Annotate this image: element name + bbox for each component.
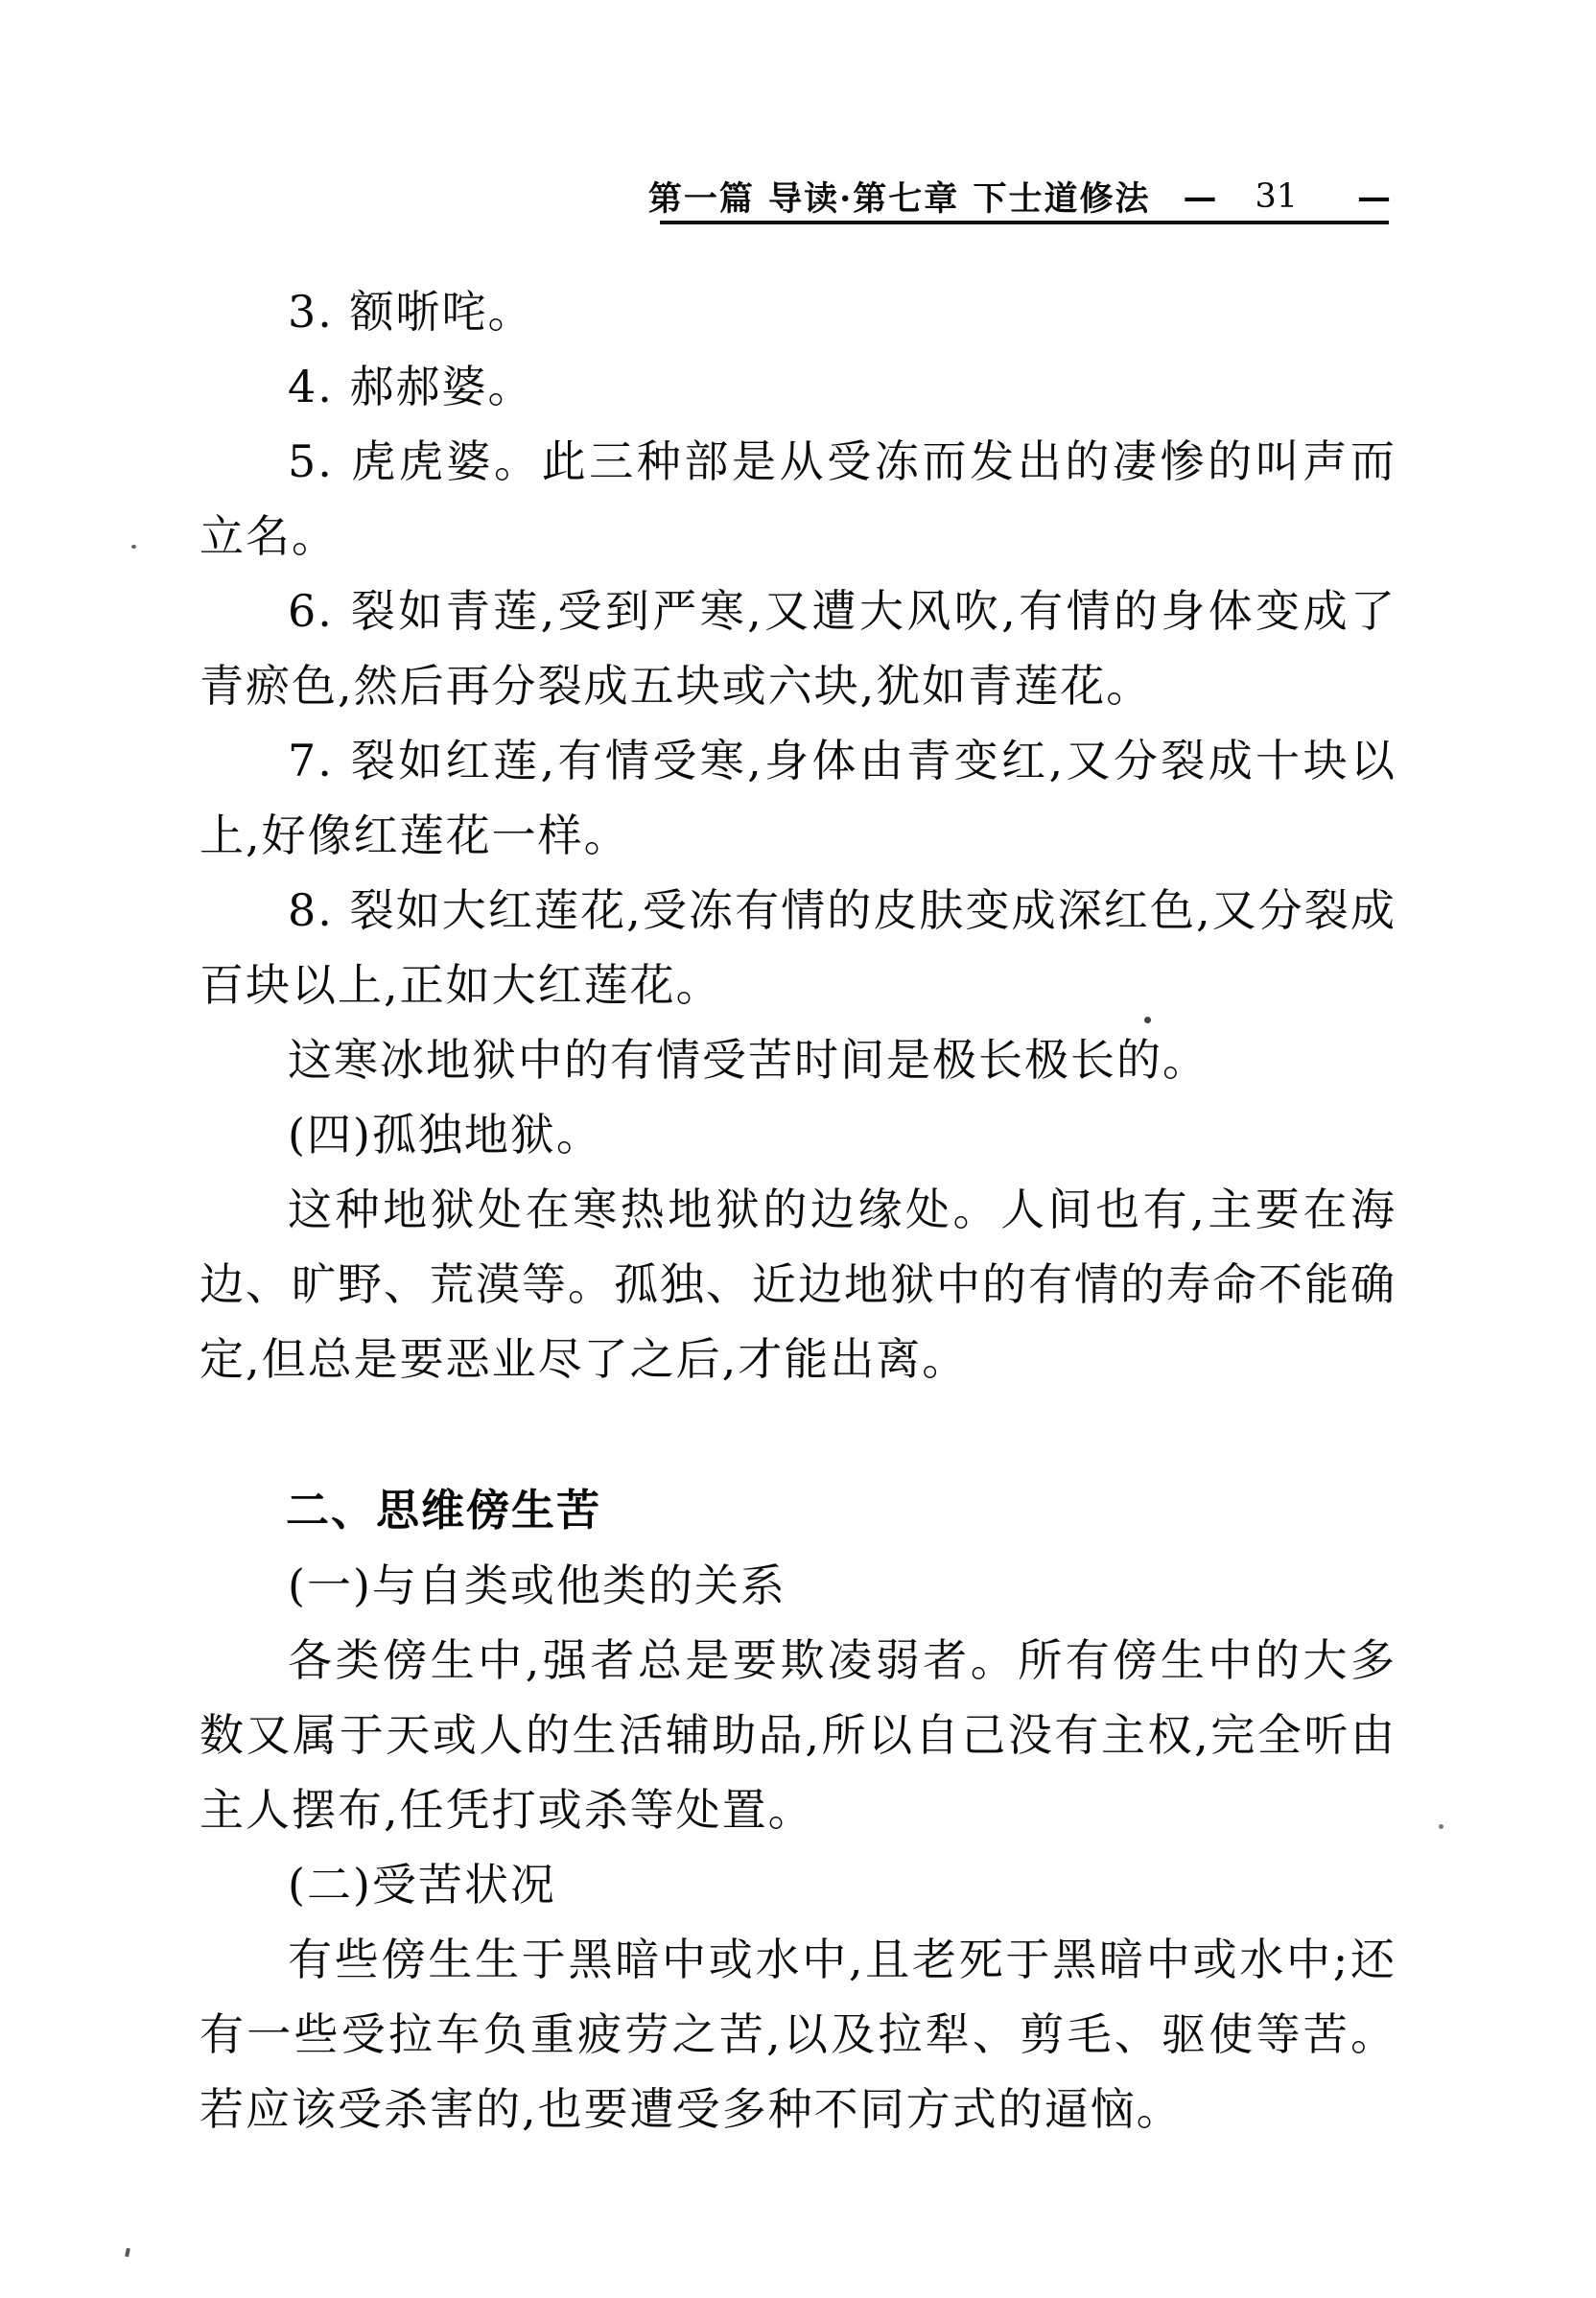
paragraph-cold-hell: 这寒冰地狱中的有情受苦时间是极长极长的。: [199, 1022, 1396, 1097]
list-item-7: 7. 裂如红莲,有情受寒,身体由青变红,又分裂成十块以上,好像红莲花一样。: [199, 723, 1396, 873]
header-rule: [660, 221, 1389, 224]
list-item-4: 4. 郝郝婆。: [199, 349, 1396, 424]
scan-speck: [1144, 1017, 1151, 1023]
scan-speck: [1439, 1824, 1443, 1829]
page-number-dash-right: —: [1357, 177, 1393, 217]
paragraph-solitary-hell-title: (四)孤独地狱。: [199, 1097, 1396, 1172]
running-header: 第一篇 导读·第七章 下士道修法 — 31 —: [648, 173, 1393, 221]
subheading-relations: (一)与自类或他类的关系: [199, 1548, 1396, 1623]
scanned-book-page: 第一篇 导读·第七章 下士道修法 — 31 — 3. 额哳咤。 4. 郝郝婆。 …: [0, 0, 1596, 2298]
page-number: 31: [1255, 177, 1298, 216]
page-number-dash-left: —: [1183, 177, 1218, 217]
page-body: 3. 额哳咤。 4. 郝郝婆。 5. 虎虎婆。此三种部是从受冻而发出的凄惨的叫声…: [199, 274, 1396, 2146]
scan-speck: [131, 545, 136, 549]
list-item-8: 8. 裂如大红莲花,受冻有情的皮肤变成深红色,又分裂成百块以上,正如大红莲花。: [199, 873, 1396, 1022]
chapter-title: 第一篇 导读·第七章 下士道修法: [648, 173, 1151, 221]
paragraph-solitary-hell: 这种地狱处在寒热地狱的边缘处。人间也有,主要在海边、旷野、荒漠等。孤独、近边地狱…: [199, 1172, 1396, 1396]
paragraph-suffering-state: 有些傍生生于黑暗中或水中,且老死于黑暗中或水中;还有一些受拉车负重疲劳之苦,以及…: [199, 1922, 1396, 2146]
section-heading-animal-suffering: 二、思维傍生苦: [199, 1473, 1396, 1548]
list-item-3: 3. 额哳咤。: [199, 274, 1396, 349]
scan-speck: [125, 2248, 130, 2258]
subheading-suffering-state: (二)受苦状况: [199, 1847, 1396, 1922]
paragraph-relations: 各类傍生中,强者总是要欺凌弱者。所有傍生中的大多数又属于天或人的生活辅助品,所以…: [199, 1623, 1396, 1847]
list-item-5: 5. 虎虎婆。此三种部是从受冻而发出的凄惨的叫声而立名。: [199, 424, 1396, 574]
list-item-6: 6. 裂如青莲,受到严寒,又遭大风吹,有情的身体变成了青瘀色,然后再分裂成五块或…: [199, 574, 1396, 723]
